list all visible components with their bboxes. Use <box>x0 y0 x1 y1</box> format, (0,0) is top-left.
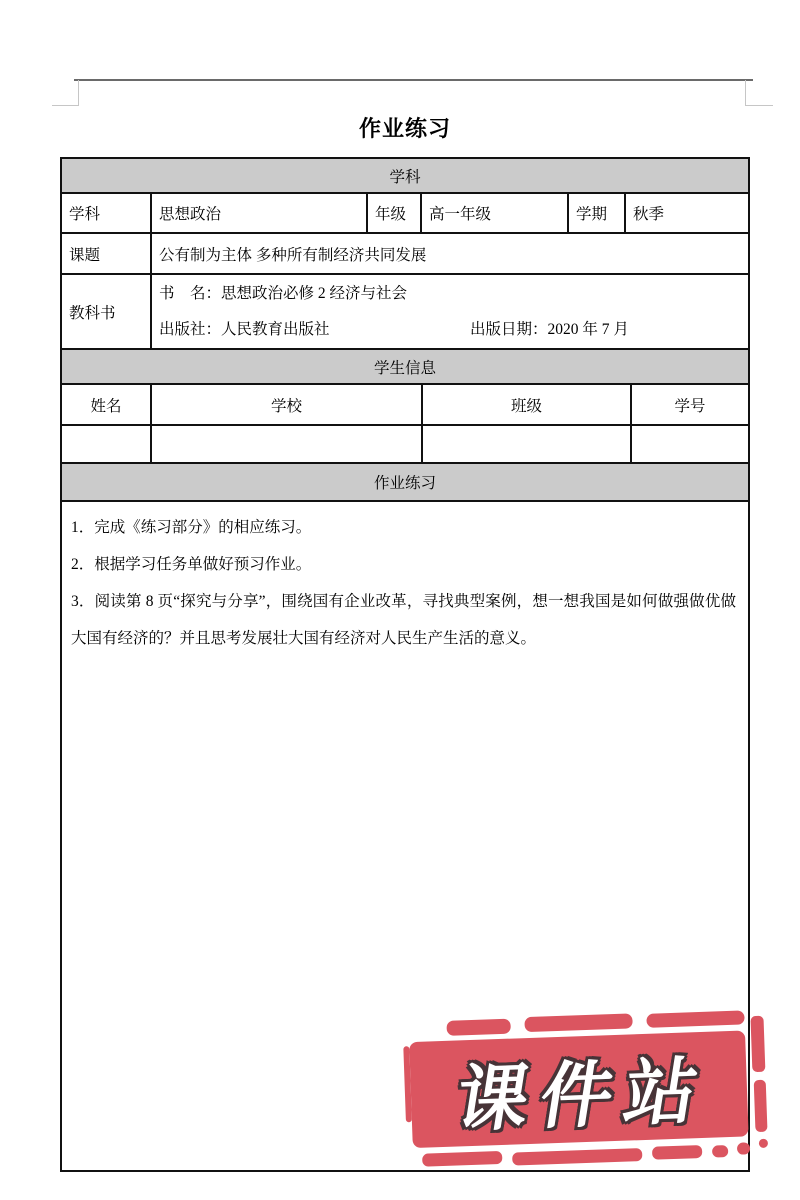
subject-value: 思想政治 <box>152 194 368 232</box>
grade-label: 年级 <box>368 194 422 232</box>
stamp-body: 课件站 <box>409 1030 748 1148</box>
page-header-rule <box>74 79 753 81</box>
table-row: 课题 公有制为主体 多种所有制经济共同发展 <box>62 234 748 275</box>
publisher: 出版社：人民教育出版社 <box>159 319 470 341</box>
stamp-border-fragment <box>512 1148 642 1166</box>
student-col-school: 学校 <box>152 385 423 424</box>
table-row: 姓名 学校 班级 学号 <box>62 385 748 426</box>
textbook-label: 教科书 <box>62 275 152 348</box>
student-id-field[interactable] <box>632 426 748 462</box>
table-row <box>62 426 748 464</box>
student-class-field[interactable] <box>423 426 632 462</box>
table-row: 教科书 书 名：思想政治必修 2 经济与社会 出版社：人民教育出版社 出版日期：… <box>62 275 748 350</box>
homework-item-3: 3．阅读第 8 页“探究与分享”，围绕国有企业改革，寻找典型案例，想一想我国是如… <box>71 583 736 657</box>
publisher-line: 出版社：人民教育出版社 出版日期：2020 年 7 月 <box>159 319 629 341</box>
stamp-border-fragment <box>712 1145 728 1158</box>
crop-mark-left <box>52 105 79 106</box>
stamp-border-fragment <box>737 1142 750 1154</box>
stamp-border-fragment <box>422 1151 502 1167</box>
student-col-class: 班级 <box>423 385 632 424</box>
crop-mark-left <box>78 80 79 106</box>
stamp-border-fragment <box>652 1145 702 1160</box>
textbook-info: 书 名：思想政治必修 2 经济与社会 出版社：人民教育出版社 出版日期：2020… <box>152 275 748 348</box>
homework-item-1: 1．完成《练习部分》的相应练习。 <box>71 509 736 546</box>
book-name-line: 书 名：思想政治必修 2 经济与社会 <box>159 283 407 305</box>
term-label: 学期 <box>569 194 626 232</box>
section-header-subject: 学科 <box>62 159 748 194</box>
student-col-id: 学号 <box>632 385 748 424</box>
publish-date: 出版日期：2020 年 7 月 <box>470 319 629 341</box>
section-header-student-info: 学生信息 <box>62 350 748 385</box>
section-header-homework: 作业练习 <box>62 464 748 502</box>
stamp-text: 课件站 <box>440 1032 718 1146</box>
grade-value: 高一年级 <box>422 194 569 232</box>
table-row: 学科 思想政治 年级 高一年级 学期 秋季 <box>62 194 748 234</box>
student-name-field[interactable] <box>62 426 152 462</box>
student-col-name: 姓名 <box>62 385 152 424</box>
stamp-border-fragment <box>524 1013 632 1032</box>
student-school-field[interactable] <box>152 426 423 462</box>
stamp-border-fragment <box>750 1016 765 1072</box>
kejianzhan-watermark-stamp: 课件站 <box>404 1006 767 1178</box>
page-title: 作业练习 <box>60 112 750 143</box>
crop-mark-right <box>745 105 773 106</box>
crop-mark-right <box>745 80 746 106</box>
stamp-border-fragment <box>646 1010 744 1027</box>
homework-item-2: 2．根据学习任务单做好预习作业。 <box>71 546 736 583</box>
stamp-border-fragment <box>754 1080 768 1132</box>
subject-label: 学科 <box>62 194 152 232</box>
topic-label: 课题 <box>62 234 152 273</box>
stamp-border-fragment <box>759 1139 768 1148</box>
term-value: 秋季 <box>626 194 748 232</box>
topic-value: 公有制为主体 多种所有制经济共同发展 <box>152 234 748 273</box>
stamp-border-fragment <box>446 1019 510 1036</box>
